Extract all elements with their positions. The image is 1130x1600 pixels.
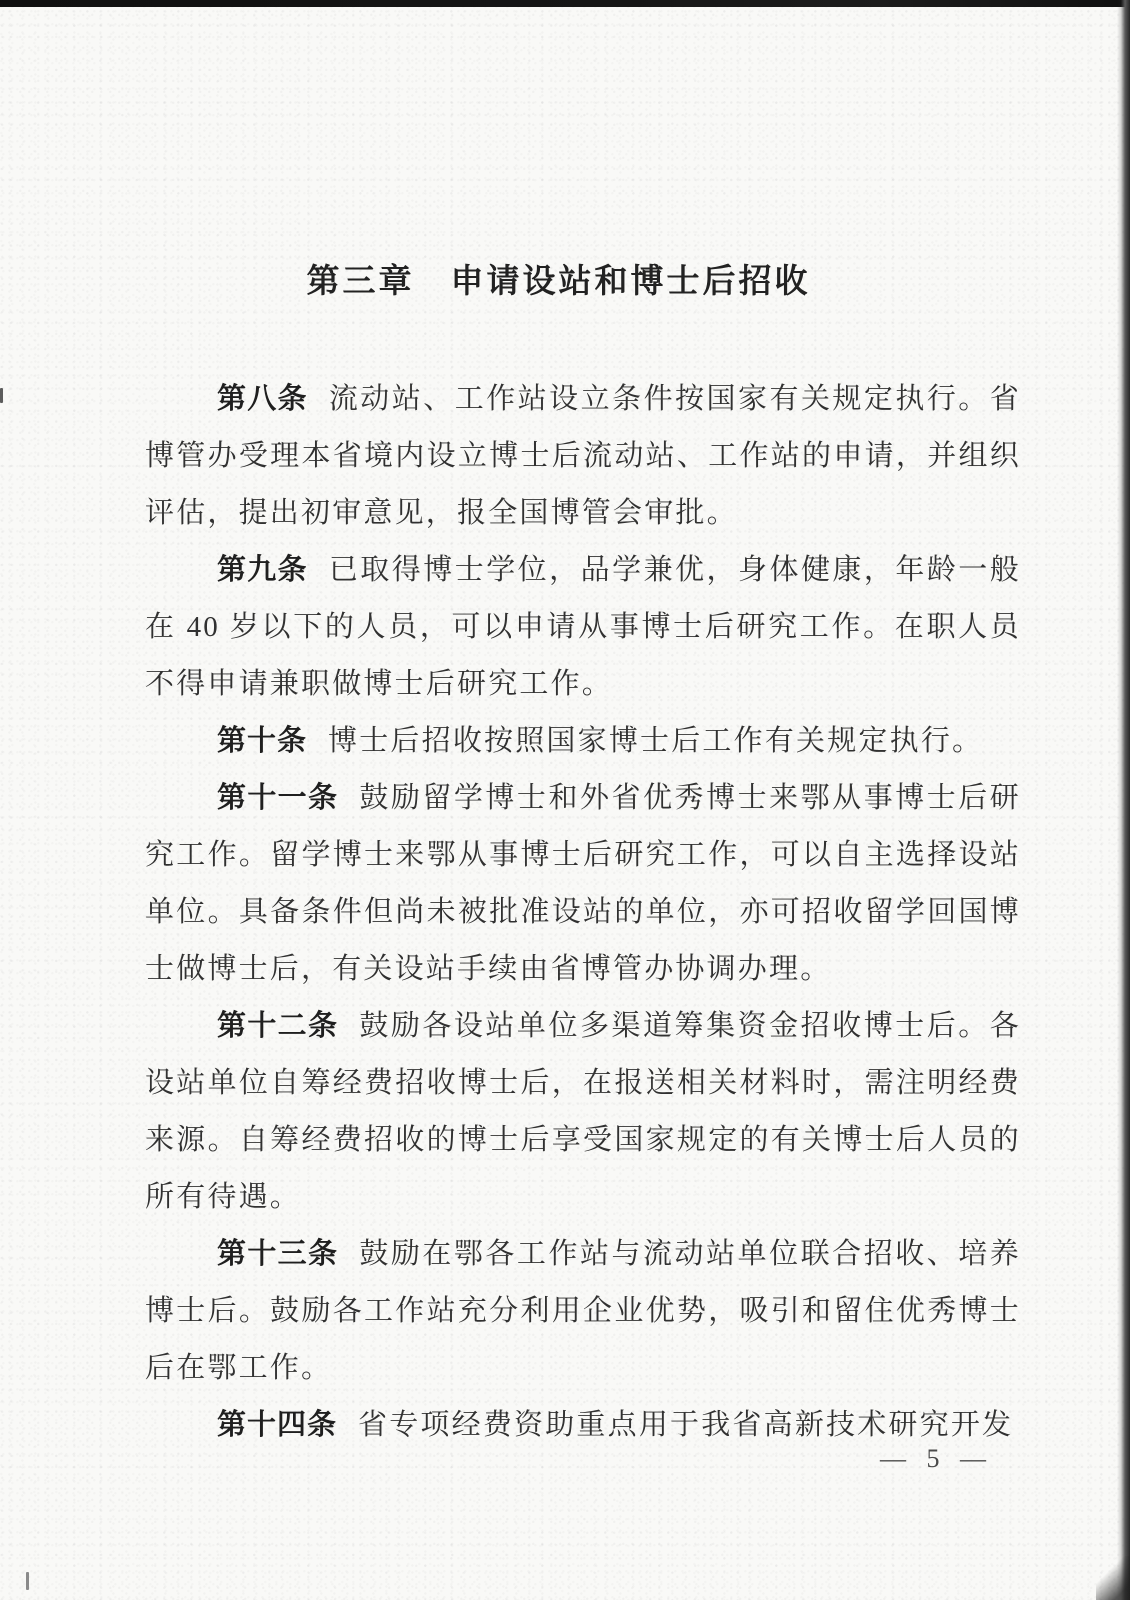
article-text: 省专项经费资助重点用于我省高新技术研究开发	[358, 1409, 1013, 1441]
scan-artifact-top-edge	[0, 0, 1130, 7]
article-paragraph: 第十三条鼓励在鄂各工作站与流动站单位联合招收、培养博士后。鼓励各工作站充分利用企…	[145, 1226, 1021, 1397]
article-number: 第十四条	[217, 1409, 337, 1441]
article-paragraph: 第十二条鼓励各设站单位多渠道筹集资金招收博士后。各设站单位自筹经费招收博士后，在…	[145, 998, 1021, 1226]
article-paragraph: 第九条已取得博士学位，品学兼优，身体健康，年龄一般在 40 岁以下的人员，可以申…	[145, 542, 1021, 713]
article-text: 博士后招收按照国家博士后工作有关规定执行。	[328, 725, 983, 757]
document-body: 第八条流动站、工作站设立条件按国家有关规定执行。省博管办受理本省境内设立博士后流…	[145, 371, 1021, 1454]
article-paragraph: 第十条博士后招收按照国家博士后工作有关规定执行。	[145, 713, 1021, 770]
scan-artifact-corner	[1096, 1556, 1130, 1600]
article-number: 第十条	[217, 725, 307, 757]
scan-artifact-left-tick	[0, 388, 3, 403]
page-number: — 5 —	[880, 1444, 988, 1474]
article-number: 第十三条	[217, 1238, 338, 1270]
article-number: 第十二条	[217, 1010, 338, 1042]
article-paragraph: 第十一条鼓励留学博士和外省优秀博士来鄂从事博士后研究工作。留学博士来鄂从事博士后…	[145, 770, 1021, 998]
scan-artifact-bottom-tick	[26, 1572, 29, 1590]
chapter-title: 第三章 申请设站和博士后招收	[0, 258, 1117, 304]
article-paragraph: 第八条流动站、工作站设立条件按国家有关规定执行。省博管办受理本省境内设立博士后流…	[145, 371, 1021, 542]
article-number: 第九条	[217, 554, 308, 586]
scan-artifact-right-edge	[1117, 0, 1130, 1600]
article-number: 第八条	[217, 383, 308, 415]
article-number: 第十一条	[217, 782, 338, 814]
scanned-document-page: 第三章 申请设站和博士后招收 第八条流动站、工作站设立条件按国家有关规定执行。省…	[0, 0, 1130, 1600]
